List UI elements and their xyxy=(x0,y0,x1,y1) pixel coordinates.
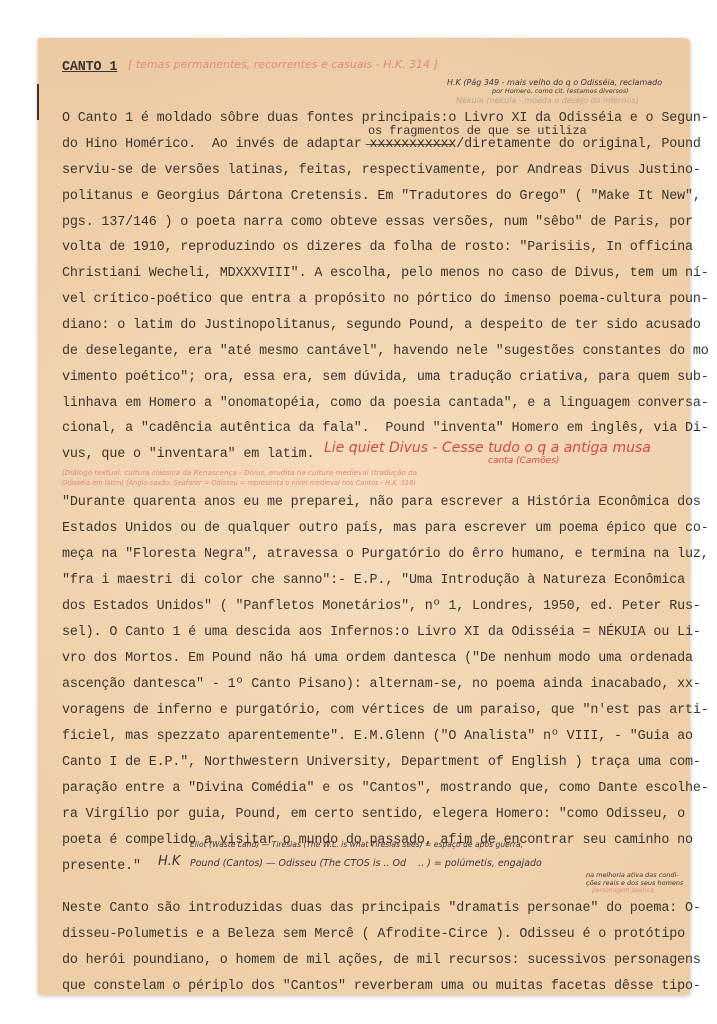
page-title: CANTO 1 xyxy=(62,60,117,75)
paragraph-2-line-6: sel). O Canto 1 é uma descida aos Infern… xyxy=(62,625,701,640)
paragraph-1-line-11: vimento poético"; ora, essa era, sem dúv… xyxy=(62,370,709,385)
typed-insertion: os fragmentos de que se utiliza xyxy=(368,124,587,138)
paragraph-2-line-2: Estados Unidos ou de qualquer outro país… xyxy=(62,521,709,536)
paragraph-1-line-4: politanus e Georgius Dártona Cretensis. … xyxy=(62,189,701,204)
typed-page xyxy=(38,38,690,995)
paragraph-1-line-3: serviu-se de versões latinas, feitas, re… xyxy=(62,163,701,178)
paragraph-2-line-7: vro dos Mortos. Em Pound não há uma orde… xyxy=(62,651,693,666)
red-annotation-main: Lie quiet Divus - Cesse tudo o q a antig… xyxy=(324,440,651,456)
faint-red-note-1: [Diálogo textual: cultura clássica da Re… xyxy=(62,468,417,477)
title-annotation: [ temas permanentes, recorrentes e casua… xyxy=(128,58,438,71)
paragraph-2-line-4: "fra i maestri di color che sanno":- E.P… xyxy=(62,573,685,588)
paragraph-1-line-14: vus, que o "inventara" em latim. xyxy=(62,447,314,462)
paragraph-1-line-8: vel crítico-poético que entra a propósit… xyxy=(62,292,709,307)
top-right-annotation-2: por Homero, como cit. (estamos diversos) xyxy=(492,87,629,95)
paragraph-3-line-3: do herói poundiano, o homem de mil ações… xyxy=(62,953,701,968)
red-annotation-sub: canta (Camões) xyxy=(488,456,559,466)
paragraph-2-line-3: meça na "Floresta Negra", atravessa o Pu… xyxy=(62,547,709,562)
paragraph-2-line-11: Canto I de E.P.", Northwestern Universit… xyxy=(62,755,701,770)
hk-note-line-5: personagem poética xyxy=(592,887,654,894)
paragraph-2-line-5: dos Estados Unidos" ( "Panfletos Monetár… xyxy=(62,599,701,614)
paragraph-1-line-2: do Hino Homérico. Ao invés de adaptar ̶x… xyxy=(62,137,701,152)
paragraph-1-line-5: pgs. 137/146 ) o poeta narra como obteve… xyxy=(62,215,693,230)
paragraph-3-line-4: que constelam o périplo dos "Cantos" rev… xyxy=(62,979,701,994)
hk-note-label: H.K xyxy=(158,854,180,869)
margin-bracket-mark xyxy=(37,84,39,120)
hk-note-line-3: na melhoria ativa das condi- xyxy=(586,871,679,879)
paragraph-1-line-9: diano: o latim do Justinopolitanus, segu… xyxy=(62,318,701,333)
hk-note-line-2: Pound (Cantos) — Odisseu (The CTOS is ..… xyxy=(190,858,542,869)
paragraph-1-line-6: volta de 1910, reproduzindo os dizeres d… xyxy=(62,240,693,255)
paragraph-2-line-8: ascenção dantesca" - 1º Canto Pisano): a… xyxy=(62,677,701,692)
hk-note-line-1: Eliot (Waste Land) — Tirésias (The W.L. … xyxy=(190,840,523,849)
paragraph-1-line-10: de deselegante, era "até mesmo cantável"… xyxy=(62,344,709,359)
paragraph-1-line-13: cional, a "cadência autêntica da fala". … xyxy=(62,421,709,436)
paragraph-2-line-9: voragens de inferno e purgatório, com vé… xyxy=(62,703,709,718)
paragraph-2-line-13: ra Virgílio por guia, Pound, em certo se… xyxy=(62,807,685,822)
paragraph-2-line-10: ficiel, mas spezzato aparentemente". E.M… xyxy=(62,729,693,744)
faint-red-note-2: Odisséia em latim) (Anglo-saxão: Seafare… xyxy=(62,479,416,487)
paragraph-1-line-12: linhava em Homero a "onomatopéia, como d… xyxy=(62,396,709,411)
bleed-through-text: Nékuia (nekuia - moeda o desejo do infer… xyxy=(456,96,639,105)
paragraph-3-line-2: disseu-Polumetis e a Beleza sem Mercê ( … xyxy=(62,927,685,942)
paragraph-3-line-1: Neste Canto são introduzidas duas das pr… xyxy=(62,901,701,916)
paragraph-2-line-15: presente." xyxy=(62,859,141,874)
paragraph-2-line-1: "Durante quarenta anos eu me preparei, n… xyxy=(62,495,701,510)
top-right-annotation-1: H.K (Pág 349 - mais velho do q o Odisséi… xyxy=(447,78,662,87)
hk-note-line-4: ções reais e dos seus homens xyxy=(586,879,683,887)
paragraph-1-line-7: Christiani Wecheli, MDXXXVIII". A escolh… xyxy=(62,266,709,281)
paragraph-2-line-12: paração entre a "Divina Comédia" e os "C… xyxy=(62,781,709,796)
